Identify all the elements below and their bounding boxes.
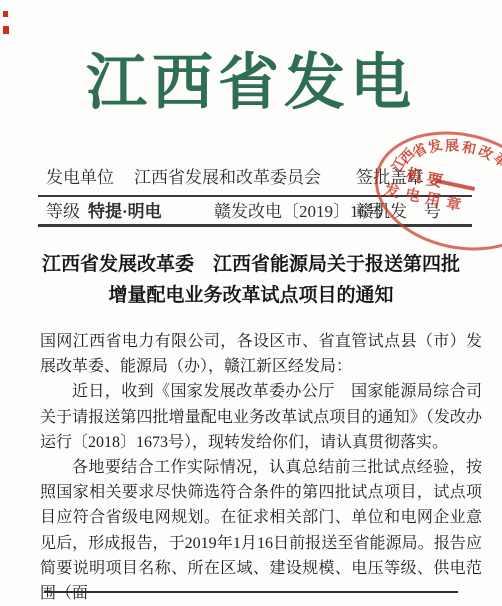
body-paragraph: 国网江西省电力有限公司，各设区市、省直管试点县（市）发展改革委、能源局（办），赣… bbox=[40, 329, 482, 379]
body-paragraph: 近日，收到《国家发展改革委办公厅 国家能源局综合司关于请报送第四批增量配电业务改… bbox=[40, 379, 482, 455]
official-red-seal: 江西省发展和改革委员会 机要 发电用章 bbox=[364, 116, 502, 265]
seal-arc-char: 展 bbox=[443, 138, 460, 156]
header-row-unit: 发电单位 江西省发展和改革委员会 签批盖章 bbox=[38, 165, 472, 191]
header-divider-line bbox=[38, 195, 472, 197]
seal-arc-text: 江西省发展和改革委员会 bbox=[388, 116, 502, 152]
unit-label: 发电单位 bbox=[46, 165, 114, 191]
sign-stamp-label: 签批盖章 bbox=[356, 165, 424, 191]
document-title-line-2: 增量配电业务改革试点项目的通知 bbox=[0, 280, 502, 311]
header-bottom-line bbox=[38, 224, 472, 227]
seal-arc-char: 革 bbox=[488, 150, 502, 173]
seal-arc-char: 发 bbox=[425, 137, 445, 158]
scanned-telegram-document: 江西省发电 发电单位 江西省发展和改革委员会 签批盖章 等级 特提·明电 赣发改… bbox=[0, 0, 502, 606]
seal-arc-char: 省 bbox=[409, 140, 432, 163]
document-title-line-1: 江西省发展改革委 江西省能源局关于报送第四批 bbox=[0, 249, 502, 280]
document-title: 江西省发展改革委 江西省能源局关于报送第四批 增量配电业务改革试点项目的通知 bbox=[0, 249, 502, 311]
red-scan-artifact bbox=[3, 11, 8, 17]
red-scan-artifact bbox=[3, 26, 9, 34]
document-body: 国网江西省电力有限公司，各设区市、省直管试点县（市）发展改革委、能源局（办），赣… bbox=[40, 329, 482, 606]
seal-arc-char: 改 bbox=[474, 143, 496, 165]
serial-suffix: 号 bbox=[424, 199, 441, 225]
unit-value: 江西省发展和改革委员会 bbox=[134, 165, 321, 191]
level-label: 等级 bbox=[46, 199, 80, 225]
serial-prefix: 赣机发 bbox=[356, 199, 407, 225]
footer-rule-line bbox=[44, 591, 458, 593]
seal-arc-char: 和 bbox=[459, 139, 478, 159]
masthead-title: 江西省发电 bbox=[0, 50, 502, 117]
seal-oval-border bbox=[364, 116, 502, 265]
body-paragraph: 各地要结合工作实际情况，认真总结前三批试点经验，按照国家相关要求尽快筛选符合条件… bbox=[40, 455, 482, 606]
header-row-level: 等级 特提·明电 赣发改电〔2019〕16号 赣机发 号 bbox=[38, 199, 472, 225]
level-value: 特提·明电 bbox=[88, 199, 162, 225]
